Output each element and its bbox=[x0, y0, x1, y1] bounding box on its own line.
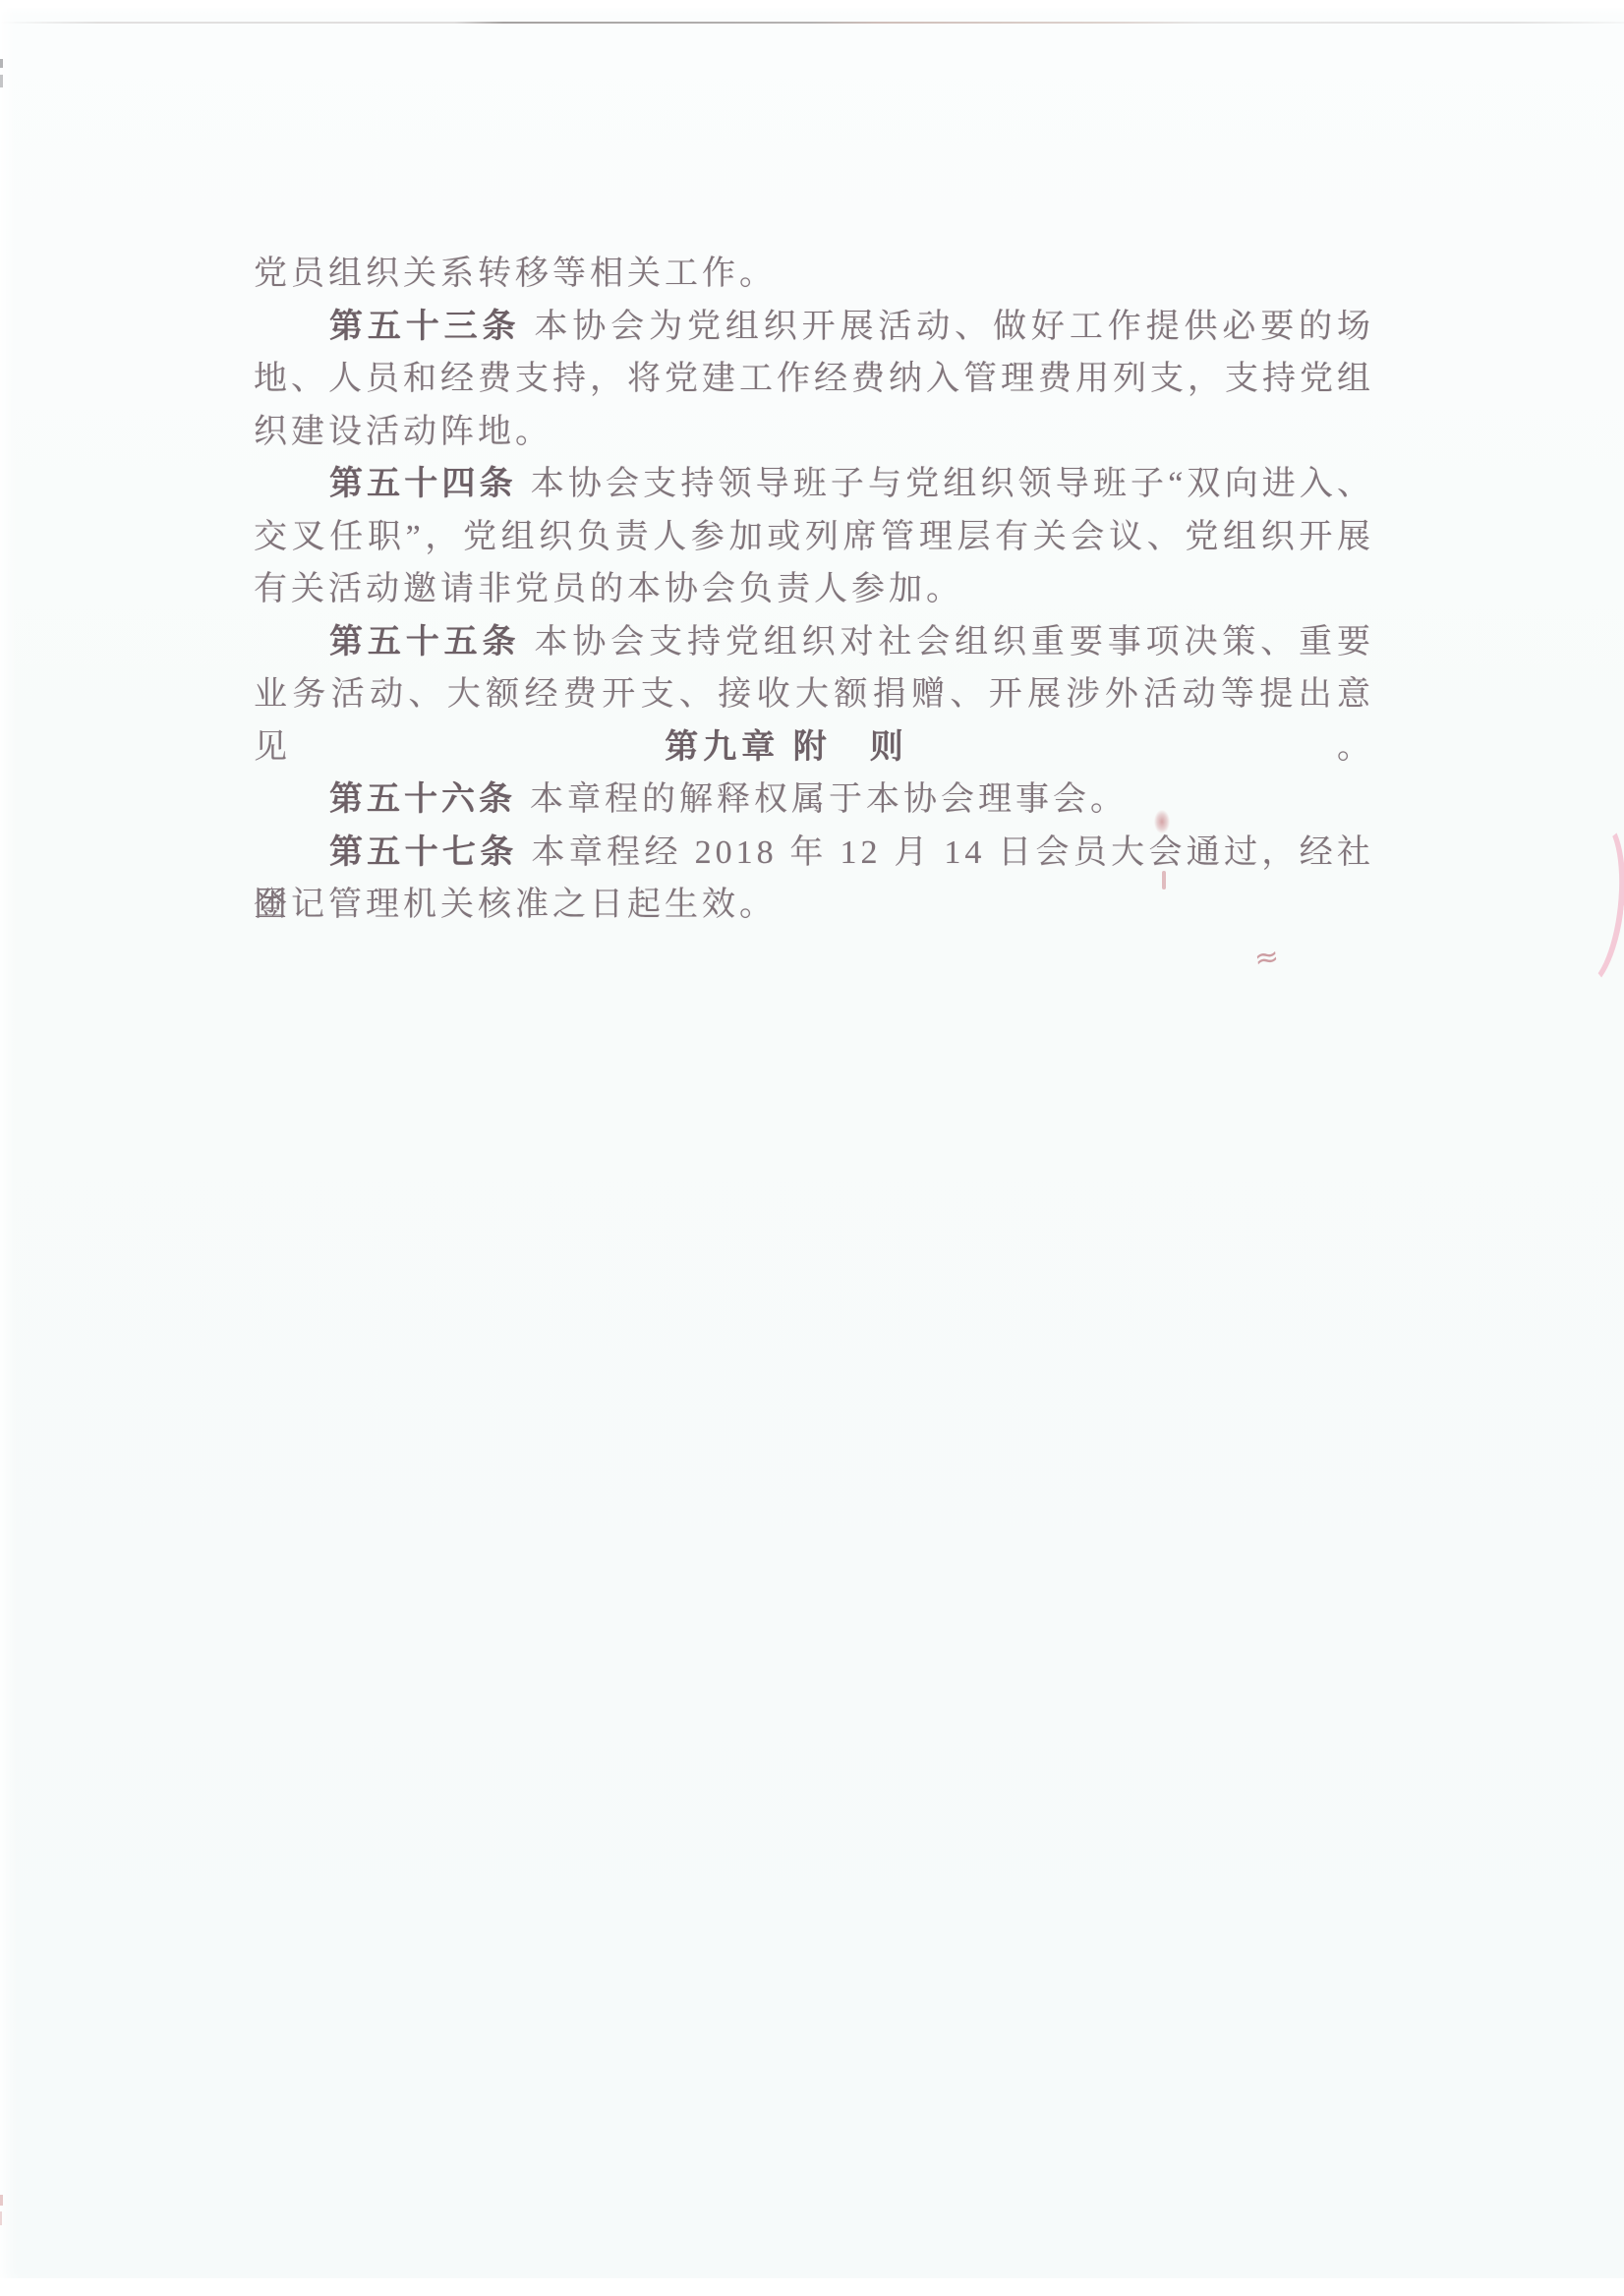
line-text: 本协会为党组织开展活动、做好工作提供必要的场 bbox=[534, 309, 1374, 345]
chapter-heading: 第九章 附 则 bbox=[226, 721, 1347, 775]
text-line: 第五十六条本章程的解释权属于本协会理事会。 bbox=[254, 774, 1374, 827]
line-text: 第九章 附 则 bbox=[665, 729, 908, 766]
text-line: 有关活动邀请非党员的本协会负责人参加。 bbox=[254, 563, 1374, 616]
line-text: 本协会支持领导班子与党组织领导班子“双向进入、 bbox=[531, 466, 1374, 502]
text-line: 交叉任职”，党组织负责人参加或列席管理层有关会议、党组织开展 bbox=[254, 511, 1374, 564]
text-line: 地、人员和经费支持，将党建工作经费纳入管理费用列支，支持党组 bbox=[254, 353, 1374, 406]
scan-artifact-red-dash bbox=[1162, 871, 1166, 890]
line-text: 登记管理机关核准之日起生效。 bbox=[254, 887, 777, 923]
article-number: 第五十四条 bbox=[329, 466, 517, 502]
text-line: 登记管理机关核准之日起生效。 bbox=[254, 879, 1374, 932]
line-text: 党员组织关系转移等相关工作。 bbox=[254, 256, 777, 292]
scan-artifact-edge-tick bbox=[0, 2195, 3, 2206]
scan-artifact-top-line bbox=[0, 22, 1624, 24]
scan-artifact-edge-tick bbox=[0, 75, 3, 87]
scan-artifact-edge-tick bbox=[0, 2211, 2, 2225]
text-line: 业务活动、大额经费开支、接收大额捐赠、开展涉外活动等提出意见。 bbox=[254, 668, 1374, 721]
line-text: 有关活动邀请非党员的本协会负责人参加。 bbox=[254, 571, 963, 607]
scan-artifact-red-squiggle: ≈ bbox=[1252, 942, 1281, 974]
line-text: 交叉任职”，党组织负责人参加或列席管理层有关会议、党组织开展 bbox=[254, 519, 1374, 555]
line-text: 织建设活动阵地。 bbox=[254, 414, 552, 450]
line-text: 本协会支持党组织对社会组织重要事项决策、重要 bbox=[534, 624, 1374, 660]
line-text: 地、人员和经费支持，将党建工作经费纳入管理费用列支，支持党组 bbox=[254, 361, 1374, 397]
text-line: 织建设活动阵地。 bbox=[254, 406, 1374, 459]
scan-artifact-red-speck bbox=[1154, 810, 1170, 833]
article-number: 第五十六条 bbox=[329, 781, 516, 818]
text-line: 第五十四条本协会支持领导班子与党组织领导班子“双向进入、 bbox=[254, 458, 1374, 511]
scanned-page: 党员组织关系转移等相关工作。第五十三条本协会为党组织开展活动、做好工作提供必要的… bbox=[0, 0, 1624, 2296]
text-line: 第五十七条本章程经 2018 年 12 月 14 日会员大会通过，经社团 bbox=[254, 827, 1374, 880]
line-text: 本章程的解释权属于本协会理事会。 bbox=[530, 781, 1128, 818]
text-line: 党员组织关系转移等相关工作。 bbox=[254, 248, 1374, 301]
text-line: 第五十五条本协会支持党组织对社会组织重要事项决策、重要 bbox=[254, 616, 1374, 669]
scan-artifact-edge-tick bbox=[0, 59, 3, 68]
article-number: 第五十三条 bbox=[329, 309, 520, 345]
article-number: 第五十五条 bbox=[329, 624, 520, 660]
text-block: 党员组织关系转移等相关工作。第五十三条本协会为党组织开展活动、做好工作提供必要的… bbox=[254, 248, 1374, 932]
article-number: 第五十七条 bbox=[329, 834, 518, 871]
text-line: 第五十三条本协会为党组织开展活动、做好工作提供必要的场 bbox=[254, 301, 1374, 354]
